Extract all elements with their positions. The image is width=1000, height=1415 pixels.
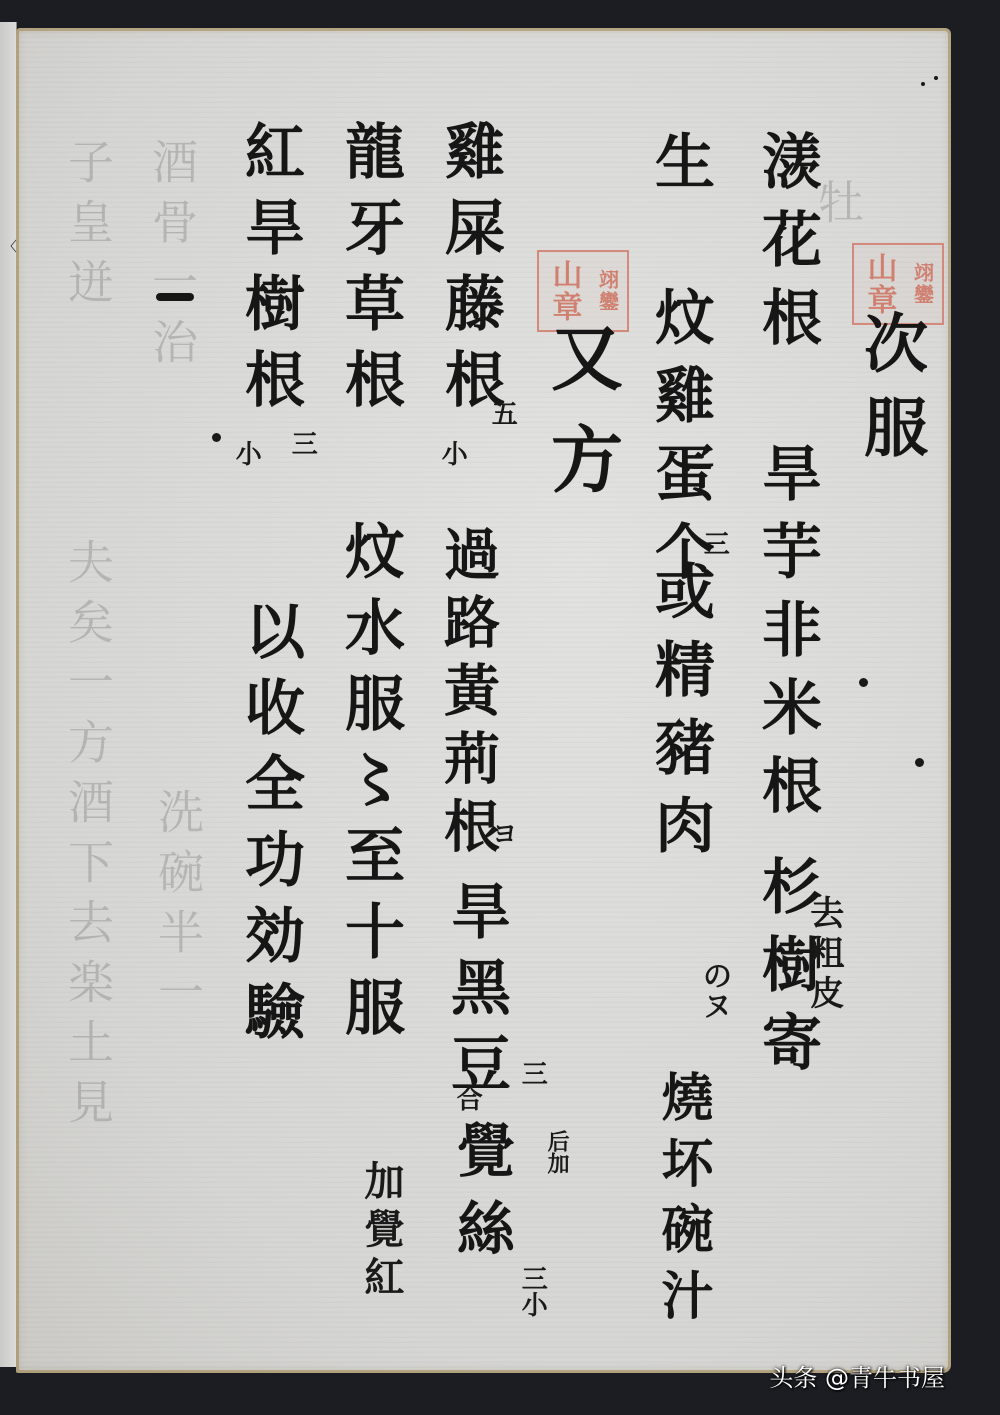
text-column-1: 次服 — [858, 310, 922, 478]
annotation-small-2: 小 — [232, 440, 259, 466]
manuscript-page: 子皇迸 夫矣一方酒下去楽土見 酒骨一治 洗碗半一 牡 翊鑾 山章 翊鑾 山章 次… — [16, 28, 951, 1373]
annotation-three-small: 三小 — [518, 1265, 545, 1317]
text-column-12: 龍牙草根 — [340, 120, 400, 424]
punctuation-dot-5 — [921, 82, 925, 86]
punctuation-dot-3 — [212, 433, 221, 442]
annotation-remove-bark: 去粗皮 — [805, 895, 841, 1015]
text-column-9: 過路黃荊根 — [440, 525, 496, 865]
annotation-ke: ヨ — [488, 820, 515, 846]
text-column-15: 以收全功効驗 — [240, 600, 300, 1056]
annotation-three-1: 三 — [700, 530, 727, 556]
previous-page-edge — [0, 22, 17, 1367]
text-column-8: 雞屎藤根 — [440, 120, 500, 424]
annotation-three-2: 三 — [518, 1060, 545, 1086]
punctuation-dot-2 — [915, 758, 924, 767]
ghost-column-2: 夫矣一方酒下去楽土見 — [60, 538, 120, 1138]
watermark: 头条 @青牛书屋 — [769, 1358, 945, 1393]
text-column-7: 又方 — [545, 320, 617, 524]
annotation-add-jue-hong: 加覺紅 — [360, 1160, 402, 1304]
seal-right-text-right: 翊鑾 — [913, 262, 933, 306]
annotation-three-3: 三 — [288, 430, 315, 456]
text-column-4: 生 炆雞蛋个 — [650, 130, 710, 598]
text-column-14: 紅旱樹根 — [240, 120, 300, 424]
annotation-kana: のヌ — [698, 960, 730, 1020]
seal-middle-text-right: 翊鑾 — [598, 269, 618, 313]
ink-dash-mark — [156, 293, 194, 301]
punctuation-dot-1 — [859, 678, 868, 687]
annotation-add-later: 后加 — [545, 1130, 568, 1174]
annotation-five: 五 — [488, 400, 515, 426]
annotation-he: 合 — [453, 1085, 480, 1111]
punctuation-dot-4 — [934, 76, 938, 80]
text-column-6: 燒坏碗汁 — [656, 1070, 708, 1334]
ghost-column-4: 洗碗半一 — [150, 788, 210, 1028]
text-column-2: 㵪花根 旱芋非米根 — [757, 130, 817, 832]
seal-middle-text-left: 山章 — [549, 259, 579, 323]
text-column-11: 覺絲 — [452, 1120, 510, 1276]
ghost-column-3: 酒骨一治 — [144, 138, 204, 378]
ghost-column-1: 子皇迸 — [60, 138, 120, 318]
text-column-10: 旱黑豆 — [446, 880, 506, 1108]
text-column-5: 或精豬肉 — [650, 560, 710, 872]
seal-right-text-left: 山章 — [864, 252, 894, 316]
text-column-13: 炆水服〻至十服 — [340, 520, 400, 1052]
annotation-small-1: 小 — [438, 440, 465, 466]
